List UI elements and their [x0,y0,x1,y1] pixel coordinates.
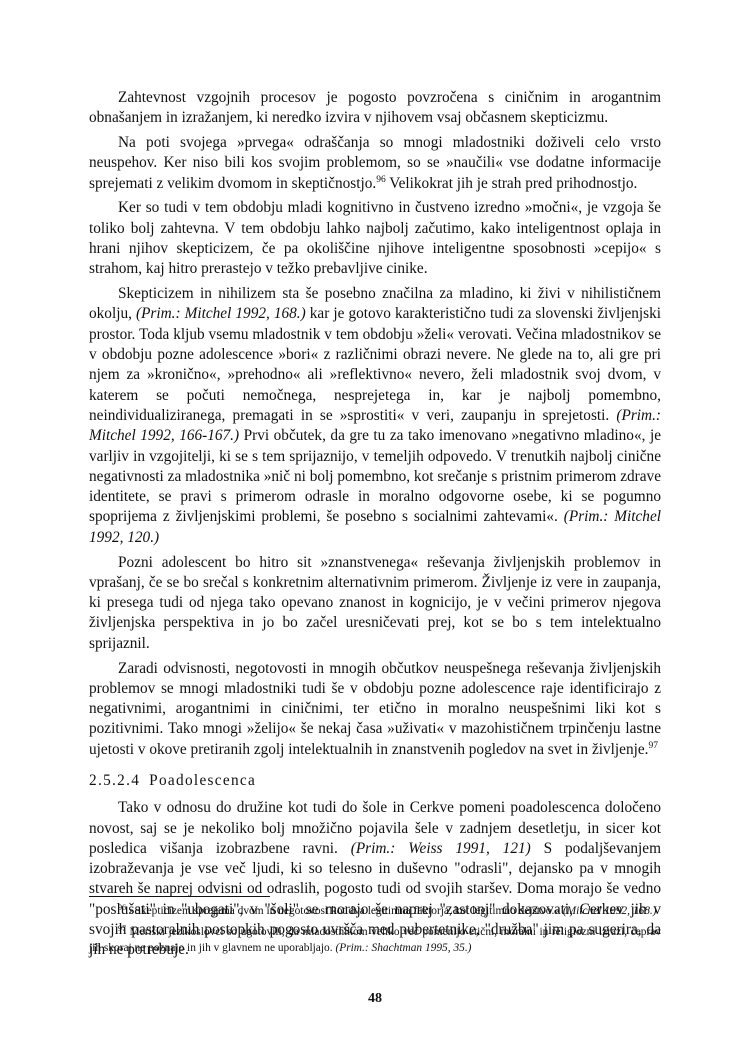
citation: (Prim.: Mitchel 1992, 168.) [136,305,306,322]
footnote-ref-97[interactable]: 97 [648,741,658,751]
citation: (Prim.: Weiss 1991, 121) [351,840,531,857]
footnotes: 96 »Skepticizem sprejema dvom in negotov… [89,903,661,961]
paragraph: Skepticizem in nihilizem sta še posebno … [89,284,661,548]
footnote-97: 97 Meriški jezikoslovci so ugotovili, da… [89,924,661,957]
footnote-ref-96[interactable]: 96 [376,175,386,185]
page-number: 48 [0,991,750,1007]
paragraph: Na poti svojega »prvega« odraščanja so m… [89,133,661,194]
section-title: Poadolescenca [149,772,256,789]
paragraph-text: Zaradi odvisnosti, negotovosti in mnogih… [89,660,661,758]
paragraph-text: kar je gotovo karakteristično tudi za sl… [89,305,661,423]
citation: (Prim.: Shachtman 1995, 35.) [335,942,471,954]
footnote-separator [89,896,270,897]
paragraph: Zaradi odvisnosti, negotovosti in mnogih… [89,659,661,760]
paragraph: Ker so tudi v tem obdobju mladi kognitiv… [89,198,661,279]
footnote-number: 96 [118,903,126,912]
footnote-number: 97 [118,924,126,933]
section-number: 2.5.2.4 [89,772,140,789]
page-body: Zahtevnost vzgojnih procesov je pogosto … [89,88,661,965]
paragraph: Pozni adolescent bo hitro sit »znanstven… [89,553,661,654]
footnote-text: »Skepticizem sprejema dvom in negotovost… [126,905,563,917]
citation: (Mitchel 1992, 168.) [563,905,657,917]
section-heading: 2.5.2.4Poadolescenca [89,771,661,791]
paragraph: Zahtevnost vzgojnih procesov je pogosto … [89,88,661,129]
footnote-96: 96 »Skepticizem sprejema dvom in negotov… [89,903,661,920]
paragraph-text: Velikokrat jih je strah pred prihodnostj… [386,175,638,192]
